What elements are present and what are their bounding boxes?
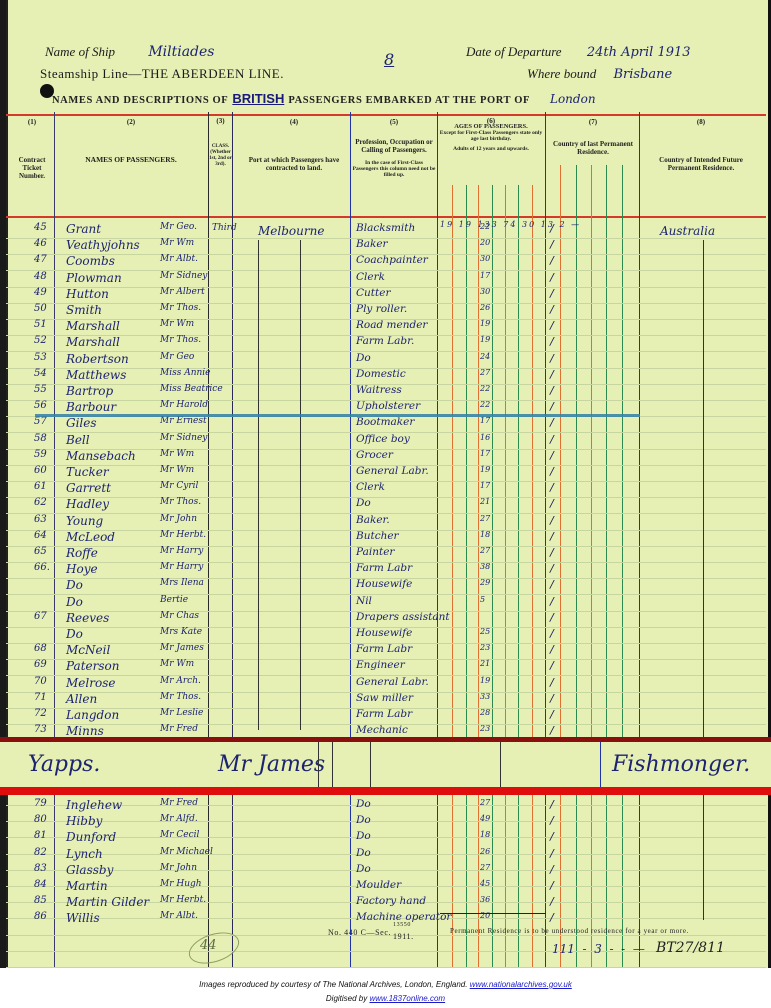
table-row: 79InglehewMr FredDo27/ [0,798,771,814]
passenger-age: 27 [480,514,490,523]
bound-value: Brisbane [613,67,672,82]
passenger-occupation: Ply roller. [356,303,407,315]
passenger-age: 21 [480,659,490,668]
passenger-surname: Smith [66,303,102,317]
table-row: 86WillisMr Albt.Machine operator20/ [0,911,771,927]
passenger-age: 21 [480,497,490,506]
passenger-surname: Garrett [66,481,111,495]
total: 19 [459,220,473,229]
total: 133 [477,220,498,229]
col-sub: Adults of 12 years and upwards. [438,146,544,152]
passenger-given-name: Mr Harold [160,400,208,410]
passenger-age: 27 [480,546,490,555]
col-num: (5) [352,118,436,126]
table-row: 53RobertsonMr GeoDo24/ [0,352,771,368]
residence-check-mark: / [550,724,554,737]
col-num: (8) [642,118,760,126]
residence-check-mark: / [550,335,554,348]
table-row: 62HadleyMr Thos.Do21/ [0,497,771,513]
residence-check-mark: / [550,238,554,251]
table-row: 66.HoyeMr HarryFarm Labr38/ [0,562,771,578]
ticket-number: 82 [34,847,47,858]
passenger-given-name: Mr Thos. [160,692,201,702]
passenger-given-name: Mr Ernest [160,416,207,426]
ticket-number: 45 [34,222,47,233]
residence-check-mark: / [550,368,554,381]
table-row: 59MansebachMr WmGrocer17/ [0,449,771,465]
passenger-surname: Hadley [66,497,109,511]
passenger-given-name: Mr Albt. [160,911,198,921]
passenger-given-name: Mr Sidney [160,433,207,443]
passenger-age: 17 [480,449,490,458]
total: 13 [541,220,555,229]
passenger-surname: Coombs [66,254,115,268]
passenger-surname: Mansebach [66,449,136,463]
passenger-age: 26 [480,303,490,312]
residence-check-mark: / [550,798,554,811]
passenger-surname: McNeil [66,643,110,657]
form-number: No. 440 C—Sec. [328,928,391,937]
table-row: 52MarshallMr Thos.Farm Labr.19/ [0,335,771,351]
ticket-number: 53 [34,352,47,363]
table-row: 70MelroseMr Arch.General Labr.19/ [0,676,771,692]
table-row: DoMrs KateHousewife25/ [0,627,771,643]
residence-check-mark: / [550,911,554,924]
departure-label: Date of Departure [466,44,562,59]
passenger-surname: Reeves [66,611,109,625]
ticket-number: 64 [34,530,47,541]
passenger-surname: Giles [66,416,97,430]
passenger-given-name: Mr Wm [160,238,194,248]
passenger-age: 28 [480,708,490,717]
passenger-surname: Martin Gilder [66,895,149,909]
total: 30 [522,220,536,229]
passenger-age: 45 [480,879,490,888]
passenger-occupation: Upholsterer [356,400,420,412]
col-label: Country of Intended Future Permanent Res… [642,156,760,172]
passenger-occupation: Cutter [356,287,390,299]
passenger-occupation: Do [356,830,371,842]
residence-check-mark: / [550,659,554,672]
passenger-occupation: Do [356,352,371,364]
passenger-age: 17 [480,481,490,490]
passenger-given-name: Mr Fred [160,798,198,808]
residence-check-mark: / [550,578,554,591]
table-row: 63YoungMr JohnBaker.27/ [0,514,771,530]
passenger-age: 36 [480,895,490,904]
departure-line: Date of Departure 24th April 1913 [466,44,691,60]
passenger-given-name: Mr Cecil [160,830,199,840]
passenger-occupation: Coachpainter [356,254,428,266]
passenger-given-name: Bertie [160,595,188,605]
col-residence-header: (7)Country of last Permanent Residence. [548,118,638,156]
passenger-occupation: General Labr. [356,676,429,688]
residence-check-mark: / [550,643,554,656]
col-label: Port at which Passengers have contracted… [240,156,348,172]
residence-check-mark: / [550,692,554,705]
digitised-text: Digitised by [326,994,367,1003]
passenger-occupation: Farm Labr. [356,335,414,347]
passenger-age: 27 [480,863,490,872]
passenger-occupation: Waitress [356,384,402,396]
passenger-surname: Hutton [66,287,109,301]
passenger-age: 17 [480,416,490,425]
ticket-number: 48 [34,271,47,282]
passenger-age: 24 [480,352,490,361]
ticket-number: 83 [34,863,47,874]
ticket-number: 59 [34,449,47,460]
passenger-given-name: Mr Fred [160,724,198,734]
passenger-surname: Young [66,514,103,528]
passenger-occupation: Nil [356,595,372,607]
passenger-given-name: Mr Wm [160,465,194,475]
passenger-occupation: Farm Labr [356,708,412,720]
passenger-age: 17 [480,271,490,280]
title-prefix: NAMES AND DESCRIPTIONS OF [52,95,228,106]
col-num: (2) [56,118,206,126]
passenger-age: 5 [480,595,485,604]
residence-check-mark: / [550,847,554,860]
residence-check-mark: / [550,530,554,543]
table-row: 51MarshallMr WmRoad mender19/ [0,319,771,335]
residence-check-mark: / [550,319,554,332]
table-row: 68McNeilMr JamesFarm Labr23/ [0,643,771,659]
col-ages-header: (6)AGES OF PASSENGERS.Except for First-C… [438,118,544,152]
passenger-age: 25 [480,627,490,636]
header-bottom-rule [6,216,766,218]
ticket-number: 86 [34,911,47,922]
passenger-age: 19 [480,465,490,474]
passenger-age: 38 [480,562,490,571]
national-archives-link[interactable]: www.nationalarchives.gov.uk [470,980,572,989]
tally: 111 - 3 - - — [552,942,645,956]
passenger-occupation: Clerk [356,271,385,283]
ticket-number: 57 [34,416,47,427]
residence-check-mark: / [550,287,554,300]
ticket-number: 80 [34,814,47,825]
stamp-number: 44 [200,938,217,953]
passenger-surname: Grant [66,222,101,236]
table-row: 47CoombsMr Albt.Coachpainter30/ [0,254,771,270]
passenger-occupation: Painter [356,546,394,558]
passenger-surname: Hoye [66,562,98,576]
col-label: Profession, Occupation or Calling of Pas… [352,138,436,154]
manifest-title: NAMES AND DESCRIPTIONS OF BRITISH PASSEN… [52,90,596,108]
passenger-occupation: Baker [356,238,388,250]
passenger-surname: Do [66,627,83,641]
passenger-occupation: Butcher [356,530,399,542]
archive-reference: BT27/811 [656,940,725,956]
residence-check-mark: / [550,595,554,608]
passenger-occupation: General Labr. [356,465,429,477]
residence-check-mark: / [550,433,554,446]
highlighted-record-strip: Yapps. Mr James Fishmonger. [0,737,771,795]
passenger-age: 27 [480,368,490,377]
credit-text: Images reproduced by courtesy of The Nat… [199,980,467,989]
total: — [571,220,581,229]
ditto-line [300,240,301,730]
passenger-surname: Marshall [66,319,120,333]
page-number: 8 [384,50,394,69]
col-label: Country of last Permanent Residence. [548,140,638,156]
passenger-age: 29 [480,578,490,587]
table-row: 64McLeodMr Herbt.Butcher18/ [0,530,771,546]
total: 2 [560,220,567,229]
table-row: 48PlowmanMr SidneyClerk17/ [0,271,771,287]
departure-date: 24th April 1913 [587,45,691,60]
total: 19 [440,220,454,229]
residence-check-mark: / [550,863,554,876]
passenger-occupation: Road mender [356,319,427,331]
row-rule [6,967,766,968]
passenger-occupation: Engineer [356,659,405,671]
residence-check-mark: / [550,895,554,908]
table-row: 55BartropMiss BeatriceWaitress22/ [0,384,771,400]
passenger-given-name: Mr John [160,514,197,524]
col-label: CLASS. (Whether 1st, 2nd or 3rd). [209,144,232,168]
ticket-number: 69 [34,659,47,670]
passenger-surname: Plowman [66,271,122,285]
passenger-given-name: Mr Wm [160,319,194,329]
passenger-given-name: Mr Leslie [160,708,203,718]
port-value: London [550,92,596,106]
class-value: Third [212,223,237,233]
passenger-occupation: Grocer [356,449,393,461]
table-row: 69PatersonMr WmEngineer21/ [0,659,771,675]
digitised-line: Digitised by www.1837online.com [0,994,771,1003]
passenger-occupation: Clerk [356,481,385,493]
passenger-surname: Barbour [66,400,116,414]
ticket-number: 70 [34,676,47,687]
residence-check-mark: / [550,449,554,462]
col-label: Contract Ticket Number. [10,156,54,180]
passenger-age: 19 [480,335,490,344]
ticket-number: 73 [34,724,47,735]
col-num: (7) [548,118,638,126]
ticket-number: 58 [34,433,47,444]
table-row: 65RoffeMr HarryPainter27/ [0,546,771,562]
passenger-occupation: Mechanic [356,724,408,736]
passenger-age: 16 [480,433,490,442]
total: 74 [503,220,517,229]
passenger-occupation: Moulder [356,879,401,891]
passenger-surname: Tucker [66,465,109,479]
passenger-occupation: Office boy [356,433,410,445]
table-row: 67ReevesMr ChasDrapers assistant/ [0,611,771,627]
residence-check-mark: / [550,514,554,527]
passenger-given-name: Mrs Ilena [160,578,204,588]
crossed-out-line [35,414,640,417]
highlight-surname: Yapps. [28,752,100,777]
form-year: 1911. [393,932,414,941]
passenger-occupation: Farm Labr [356,643,412,655]
passenger-occupation: Factory hand [356,895,426,907]
col-ticket-header: (1)Contract Ticket Number. [10,118,54,180]
passenger-given-name: Mrs Kate [160,627,202,637]
residence-check-mark: / [550,303,554,316]
col-occupation-header: (5)Profession, Occupation or Calling of … [352,118,436,178]
row-rule [6,951,766,952]
ship-name-line: Name of Ship Miltiades [45,44,214,60]
residence-check-mark: / [550,352,554,365]
ticket-number: 72 [34,708,47,719]
bound-label: Where bound [527,66,596,81]
passenger-occupation: Housewife [356,627,412,639]
passenger-given-name: Mr Thos. [160,303,201,313]
future-residence: Australia [660,224,715,238]
title-suffix: PASSENGERS EMBARKED AT THE PORT OF [288,95,530,106]
passenger-age: 49 [480,814,490,823]
passenger-occupation: Do [356,847,371,859]
residence-note: Permanent Residence is to be understood … [450,927,689,935]
passenger-occupation: Blacksmith [356,222,415,234]
passenger-given-name: Mr Hugh [160,879,202,889]
table-row: 60TuckerMr WmGeneral Labr.19/ [0,465,771,481]
residence-check-mark: / [550,611,554,624]
residence-check-mark: / [550,497,554,510]
ticket-number: 66. [34,562,50,573]
passenger-surname: Bell [66,433,90,447]
passenger-surname: Melrose [66,676,115,690]
passenger-age: 23 [480,643,490,652]
table-row: 45GrantMr Geo.Blacksmith22/ [0,222,771,238]
table-row: 72LangdonMr LeslieFarm Labr28/ [0,708,771,724]
passenger-occupation: Farm Labr [356,562,412,574]
col-note: In the case of First-Class Passengers th… [352,160,436,178]
residence-check-mark: / [550,879,554,892]
passenger-given-name: Mr Thos. [160,335,201,345]
passenger-given-name: Mr Albt. [160,254,198,264]
ticket-number: 55 [34,384,47,395]
ticket-number: 85 [34,895,47,906]
residence-check-mark: / [550,830,554,843]
residence-check-mark: / [550,465,554,478]
port-to-land: Melbourne [258,224,324,238]
ticket-number: 52 [34,335,47,346]
ship-name: Miltiades [148,44,214,60]
ticket-number: 56 [34,400,47,411]
passenger-occupation: Do [356,497,371,509]
table-top-rule [6,114,766,116]
passenger-surname: Veathyjohns [66,238,140,252]
bound-line: Where bound Brisbane [527,66,672,82]
passenger-surname: Martin [66,879,108,893]
ticket-number: 54 [34,368,47,379]
residence-check-mark: / [550,676,554,689]
col-num: (3) [209,118,232,124]
passenger-surname: McLeod [66,530,115,544]
table-row: DoMrs IlenaHousewife29/ [0,578,771,594]
col-class-header: (3)CLASS. (Whether 1st, 2nd or 3rd). [209,118,232,168]
table-row: 85Martin GilderMr Herbt.Factory hand36/ [0,895,771,911]
form-fraction: 13550 [393,922,411,928]
passenger-given-name: Mr Harry [160,562,203,572]
residence-check-mark: / [550,416,554,429]
passenger-surname: Glassby [66,863,113,877]
ticket-number: 51 [34,319,47,330]
residence-check-mark: / [550,627,554,640]
passenger-occupation: Do [356,798,371,810]
passenger-surname: Roffe [66,546,98,560]
passenger-age: 33 [480,692,490,701]
ticket-number: 49 [34,287,47,298]
passenger-age: 30 [480,287,490,296]
col-future-residence-header: (8)Country of Intended Future Permanent … [642,118,760,172]
passenger-age: 22 [480,384,490,393]
col-num: (1) [10,118,54,126]
ticket-number: 84 [34,879,47,890]
passenger-age: 27 [480,798,490,807]
ticket-number: 62 [34,497,47,508]
passenger-given-name: Mr Alfd. [160,814,198,824]
passenger-surname: Paterson [66,659,119,673]
passenger-given-name: Mr Sidney [160,271,207,281]
passenger-surname: Willis [66,911,100,925]
passenger-occupation: Bootmaker [356,416,414,428]
residence-check-mark: / [550,271,554,284]
passenger-surname: Bartrop [66,384,113,398]
steamship-line: Steamship Line—THE ABERDEEN LINE. [40,66,284,82]
passenger-age: 30 [480,254,490,263]
table-row: 61GarrettMr CyrilClerk17/ [0,481,771,497]
col-note: Except for First-Class Passengers state … [438,130,544,142]
passenger-surname: Dunford [66,830,116,844]
residence-check-mark: / [550,708,554,721]
table-row: 82LynchMr MichaelDo26/ [0,847,771,863]
passenger-age: 22 [480,400,490,409]
passenger-surname: Do [66,595,83,609]
col-names-header: (2)NAMES OF PASSENGERS. [56,118,206,164]
table-row: 46VeathyjohnsMr WmBaker20/ [0,238,771,254]
passenger-given-name: Mr Wm [160,659,194,669]
ticket-number: 81 [34,830,47,841]
passenger-given-name: Mr Herbt. [160,895,206,905]
table-row: 81DunfordMr CecilDo18/ [0,830,771,846]
ship-label: Name of Ship [45,44,115,59]
passenger-surname: Do [66,578,83,592]
residence-check-mark: / [550,562,554,575]
residence-check-mark: / [550,546,554,559]
ticket-number: 47 [34,254,47,265]
ticket-number: 71 [34,692,47,703]
col-label: NAMES OF PASSENGERS. [56,156,206,164]
table-row: 83GlassbyMr JohnDo27/ [0,863,771,879]
passenger-age: 26 [480,847,490,856]
col-port-header: (4)Port at which Passengers have contrac… [240,118,348,172]
table-row: DoBertieNil5/ [0,595,771,611]
ticket-number: 60 [34,465,47,476]
table-row: 50SmithMr Thos.Ply roller.26/ [0,303,771,319]
passenger-age: 23 [480,724,490,733]
passenger-age: 18 [480,830,490,839]
passenger-occupation: Baker. [356,514,390,526]
passenger-given-name: Mr Chas [160,611,199,621]
digitiser-link[interactable]: www.1837online.com [369,994,445,1003]
highlight-occupation: Fishmonger. [612,752,750,777]
passenger-age: 19 [480,676,490,685]
residence-check-mark: / [550,400,554,413]
passenger-age: 18 [480,530,490,539]
passenger-given-name: Mr James [160,643,204,653]
passenger-surname: Lynch [66,847,103,861]
passenger-occupation: Drapers assistant [356,611,450,623]
passenger-occupation: Do [356,863,371,875]
passenger-given-name: Mr Herbt. [160,530,206,540]
passenger-surname: Langdon [66,708,119,722]
ticket-number: 68 [34,643,47,654]
ticket-number: 79 [34,798,47,809]
residence-check-mark: / [550,814,554,827]
